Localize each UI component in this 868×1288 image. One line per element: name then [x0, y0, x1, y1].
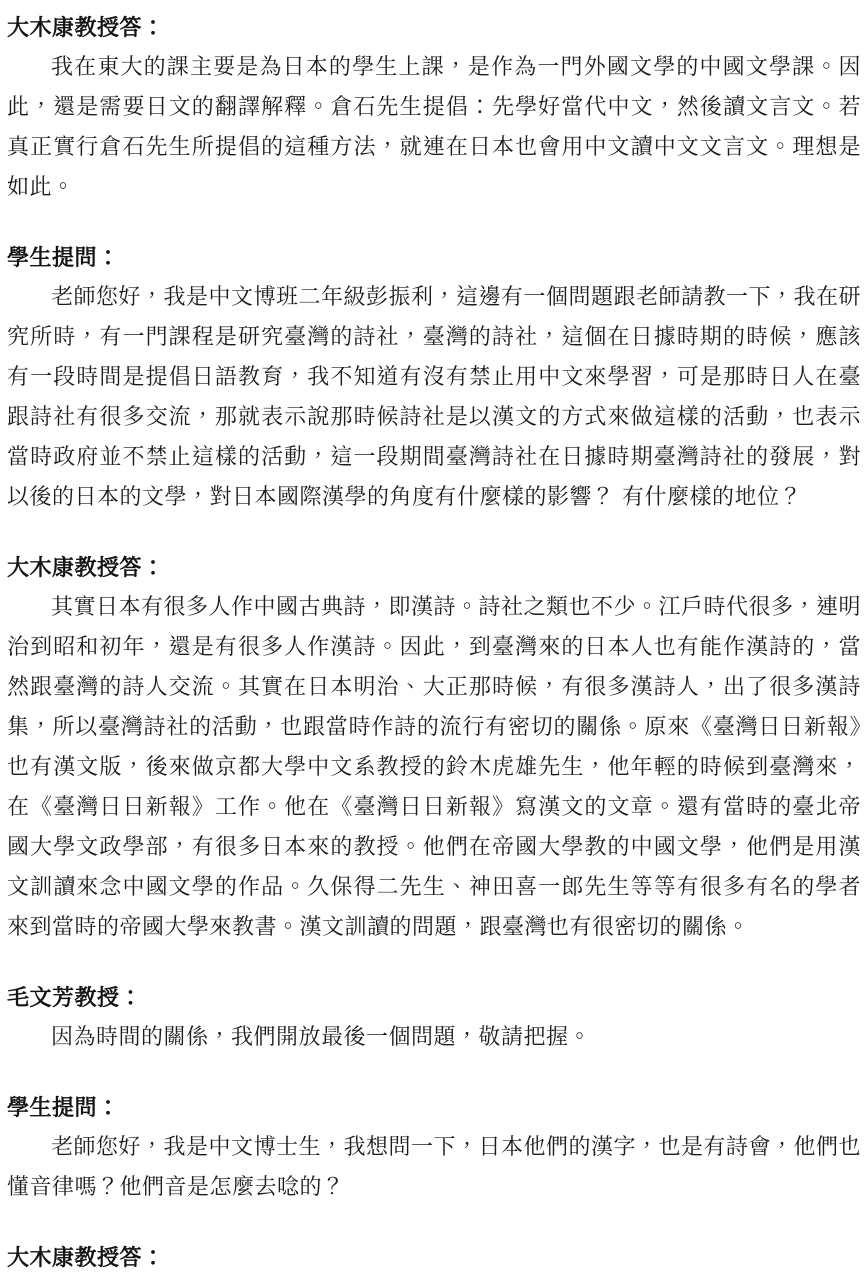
qa-section: 學生提問：老師您好，我是中文博士生，我想問一下，日本他們的漢字，也是有詩會，他們…	[7, 1088, 861, 1208]
qa-section: 毛文芳教授：因為時間的關係，我們開放最後一個問題，敬請把握。	[7, 978, 861, 1058]
speaker-heading: 大木康教授答：	[7, 8, 861, 48]
document-body: 大木康教授答：我在東大的課主要是為日本的學生上課，是作為一門外國文學的中國文學課…	[7, 8, 861, 1278]
qa-section: 大木康教授答：我在東大的課主要是為日本的學生上課，是作為一門外國文學的中國文學課…	[7, 8, 861, 208]
paragraph: 因為時間的關係，我們開放最後一個問題，敬請把握。	[7, 1018, 861, 1058]
qa-section: 學生提問：老師您好，我是中文博班二年級彭振利，這邊有一個問題跟老師請教一下，我在…	[7, 238, 861, 518]
qa-section: 大木康教授答：其實日本有很多人作中國古典詩，即漢詩。詩社之類也不少。江戶時代很多…	[7, 548, 861, 948]
document-page: 大木康教授答：我在東大的課主要是為日本的學生上課，是作為一門外國文學的中國文學課…	[0, 0, 868, 1288]
paragraph: 我在東大的課主要是為日本的學生上課，是作為一門外國文學的中國文學課。因此，還是需…	[7, 48, 861, 208]
paragraph: 老師您好，我是中文博班二年級彭振利，這邊有一個問題跟老師請教一下，我在研究所時，…	[7, 278, 861, 518]
qa-section: 大木康教授答：	[7, 1238, 861, 1278]
speaker-heading: 毛文芳教授：	[7, 978, 861, 1018]
paragraph: 老師您好，我是中文博士生，我想問一下，日本他們的漢字，也是有詩會，他們也懂音律嗎…	[7, 1128, 861, 1208]
speaker-heading: 大木康教授答：	[7, 1238, 861, 1278]
speaker-heading: 大木康教授答：	[7, 548, 861, 588]
speaker-heading: 學生提問：	[7, 238, 861, 278]
paragraph: 其實日本有很多人作中國古典詩，即漢詩。詩社之類也不少。江戶時代很多，連明治到昭和…	[7, 588, 861, 948]
speaker-heading: 學生提問：	[7, 1088, 861, 1128]
